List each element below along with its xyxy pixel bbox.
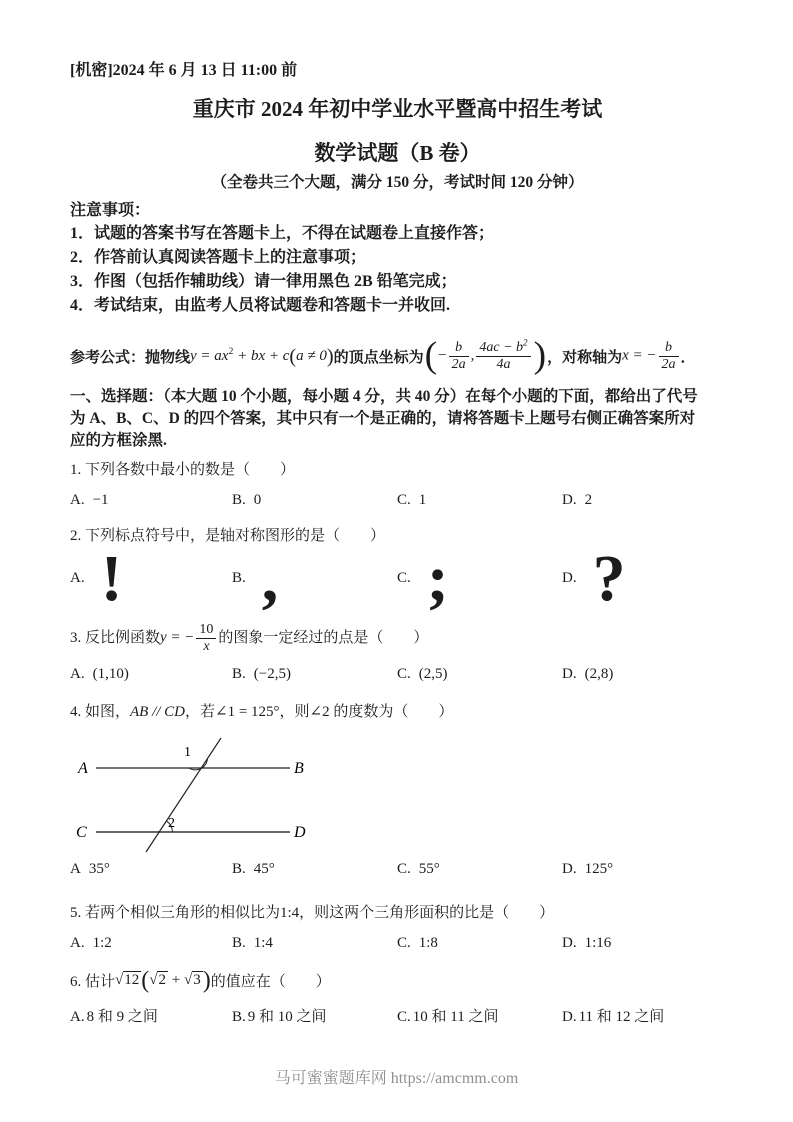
q5-option-a: A.1:2 xyxy=(70,933,232,953)
notice-item-2: 2．作答前认真阅读答题卡上的注意事项； xyxy=(70,246,725,270)
q3-option-d: D.(2,8) xyxy=(562,662,725,686)
figure-label-b: B xyxy=(294,760,304,777)
formula-label: 参考公式：抛物线 xyxy=(70,346,190,367)
q6-option-b: B.9 和 10 之间 xyxy=(232,1007,397,1027)
q3-option-c: C.(2,5) xyxy=(397,662,562,686)
paper-subject-title: 数学试题（B 卷） xyxy=(70,138,725,168)
q6-option-c: C.10 和 11 之间 xyxy=(397,1007,562,1027)
q4-option-d: D.125° xyxy=(562,859,725,879)
q4-option-b: B.45° xyxy=(232,859,397,879)
section-heading-line-2: 为 A、B、C、D 的四个答案，其中只有一个是正确的，请将答题卡上题号右侧正确答… xyxy=(70,408,725,430)
exam-paper-page: [机密]2024 年 6 月 13 日 11:00 前 重庆市 2024 年初中… xyxy=(0,0,793,1122)
q1-option-b: B.0 xyxy=(232,490,397,510)
question-1-text: 1. 下列各数中最小的数是（ ） xyxy=(70,460,725,480)
reference-formula: 参考公式：抛物线 y = ax2 + bx + c(a ≠ 0) 的顶点坐标为 … xyxy=(70,328,725,384)
question-3-options: A.(1,10) B.(−2,5) C.(2,5) D.(2,8) xyxy=(70,662,725,686)
question-2-options: A.! B., C.; D.? xyxy=(70,546,725,612)
q4-option-a: A35° xyxy=(70,859,232,879)
semicolon-glyph: ; xyxy=(427,549,449,608)
q6-option-a: A.8 和 9 之间 xyxy=(70,1007,232,1027)
question-2-text: 2. 下列标点符号中，是轴对称图形的是（ ） xyxy=(70,526,725,546)
q2-option-c: C.; xyxy=(397,549,562,608)
section-heading-line-1: 一、选择题：（本大题 10 个小题，每小题 4 分，共 40 分）在每个小题的下… xyxy=(70,386,725,408)
figure-label-a: A xyxy=(77,760,88,777)
q2-option-b: B., xyxy=(232,549,397,608)
figure-label-d: D xyxy=(293,824,306,841)
parabola-equation: y = ax2 + bx + c(a ≠ 0) xyxy=(190,348,334,365)
q5-option-b: B.1:4 xyxy=(232,933,397,953)
radical-expression: √12(√2 + √3) xyxy=(115,972,211,989)
exclamation-mark-glyph: ! xyxy=(101,549,123,608)
vertex-text: 的顶点坐标为 xyxy=(334,346,424,367)
question-6-text: 6. 估计 √12(√2 + √3) 的值应在（ ） xyxy=(70,961,725,999)
figure-label-c: C xyxy=(76,824,87,841)
question-6-options: A.8 和 9 之间 B.9 和 10 之间 C.10 和 11 之间 D.11… xyxy=(70,1007,725,1027)
axis-text: ，对称轴为 xyxy=(547,346,622,367)
notice-item-3: 3．作图（包括作辅助线）请一律用黑色 2B 铅笔完成； xyxy=(70,270,725,294)
q2-option-a: A.! xyxy=(70,549,232,608)
angle-2-label: 2 xyxy=(168,816,175,831)
axis-of-symmetry-formula: x = −b2a xyxy=(622,340,680,372)
notice-item-4: 4．考试结束，由监考人员将试题卷和答题卡一并收回. xyxy=(70,294,725,318)
question-5-text: 5. 若两个相似三角形的相似比为1:4，则这两个三角形面积的比是（ ） xyxy=(70,903,725,923)
q5-option-d: D.1:16 xyxy=(562,933,725,953)
exam-title: 重庆市 2024 年初中学业水平暨高中招生考试 xyxy=(70,94,725,124)
q1-option-a: A.−1 xyxy=(70,490,232,510)
q3-option-a: A.(1,10) xyxy=(70,662,232,686)
section-heading-line-3: 应的方框涂黑. xyxy=(70,430,725,452)
q4-option-c: C.55° xyxy=(397,859,562,879)
section-one-heading: 一、选择题：（本大题 10 个小题，每小题 4 分，共 40 分）在每个小题的下… xyxy=(70,386,725,452)
question-5-options: A.1:2 B.1:4 C.1:8 D.1:16 xyxy=(70,933,725,953)
exam-meta: （全卷共三个大题，满分 150 分，考试时间 120 分钟） xyxy=(70,172,725,194)
q2-option-d: D.? xyxy=(562,549,725,608)
question-4-text: 4. 如图，AB // CD，若∠1 = 125°，则∠2 的度数为（ ） xyxy=(70,702,725,722)
notice-item-1: 1．试题的答案书写在答题卡上，不得在试题卷上直接作答； xyxy=(70,222,725,246)
angle-1-label: 1 xyxy=(184,745,191,760)
q6-option-d: D.11 和 12 之间 xyxy=(562,1007,725,1027)
watermark-site-text: 马可蜜蜜题库网 https://amcmm.com xyxy=(0,1068,793,1090)
formula-period: ． xyxy=(681,346,696,367)
q1-option-c: C.1 xyxy=(397,490,562,510)
question-1-options: A.−1 B.0 C.1 D.2 xyxy=(70,490,725,510)
comma-glyph: , xyxy=(262,549,279,608)
confidential-notice: [机密]2024 年 6 月 13 日 11:00 前 xyxy=(70,60,725,82)
parallel-lines-figure: A B C D 1 2 xyxy=(70,730,370,855)
q3-option-b: B.(−2,5) xyxy=(232,662,397,686)
inverse-proportion-formula: y = −10x xyxy=(160,622,218,654)
parallel-lines-notation: AB // CD xyxy=(130,704,185,720)
notices-heading: 注意事项： xyxy=(70,200,725,222)
q5-option-c: C.1:8 xyxy=(397,933,562,953)
question-4-options: A35° B.45° C.55° D.125° xyxy=(70,859,725,879)
question-3-text: 3. 反比例函数 y = −10x 的图象一定经过的点是（ ） xyxy=(70,620,725,656)
question-mark-glyph: ? xyxy=(593,549,626,608)
vertex-coordinates: (−b2a,4ac − b24a) xyxy=(424,340,547,372)
q1-option-d: D.2 xyxy=(562,490,725,510)
